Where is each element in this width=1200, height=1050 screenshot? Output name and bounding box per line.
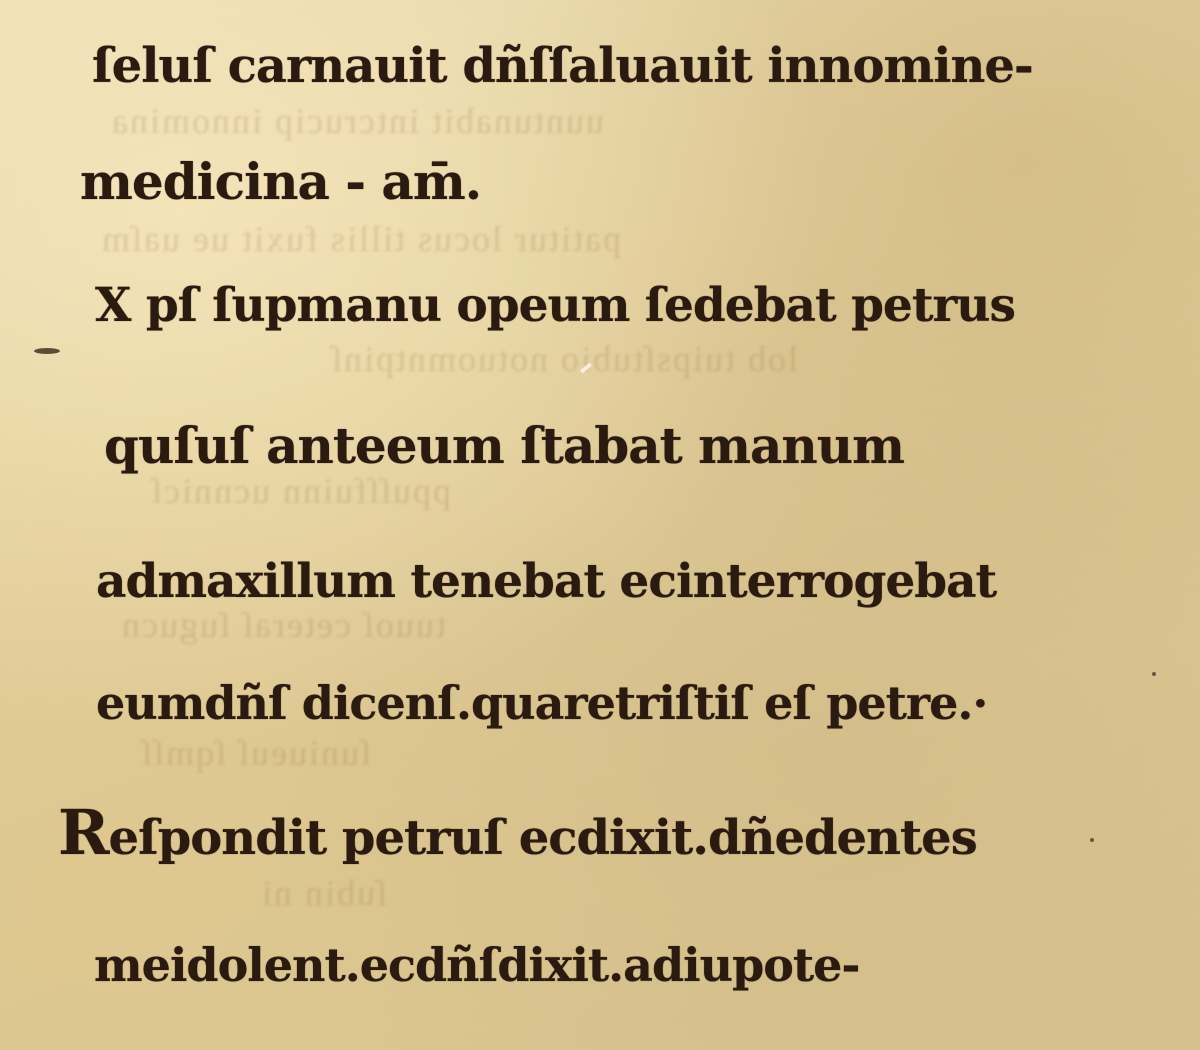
ink-speck (1090, 838, 1094, 842)
show-through-line: ſuniueuſ ſqmſſ (140, 732, 371, 774)
text-line-6: eumdñſ dicenſ.quaretriſtiſ eſ petre.· (96, 676, 987, 730)
text-line-8: meidolent.ecdñſdixit.adiupote- (94, 938, 860, 992)
show-through-line: ppuſſfuinn ucnnicſ (150, 470, 451, 512)
text-line-2: medicina - am̄. (80, 152, 481, 211)
show-through-line: uuntunabit intcrucip innomina (110, 100, 604, 142)
margin-mark (34, 348, 60, 354)
text-line-1: ſeluſ carnauit dñſſaluauit innomine- (92, 38, 1033, 94)
text-line-3: X pſ ſupmanu opeum ſedebat petrus (95, 278, 1015, 333)
text-line-4: quſuſ anteeum ſtabat manum (104, 416, 904, 475)
manuscript-page: uuntunabit intcrucip innomina patitur lo… (0, 0, 1200, 1050)
show-through-line: tuuoſ ceteraſ ſugucn (120, 604, 446, 646)
ink-speck (1152, 672, 1156, 676)
text-line-7: Reſpondit petruſ ecdixit.dñedentes (58, 796, 977, 869)
show-through-line: patitur locus tillis fuxit ue uaſm (100, 218, 621, 260)
show-through-line: ſubin ni (260, 872, 387, 914)
text-line-5: admaxillum tenebat ecinterrogebat (96, 554, 996, 609)
show-through-line: lob tuipsſtubio notuomntpinſ (330, 338, 798, 380)
